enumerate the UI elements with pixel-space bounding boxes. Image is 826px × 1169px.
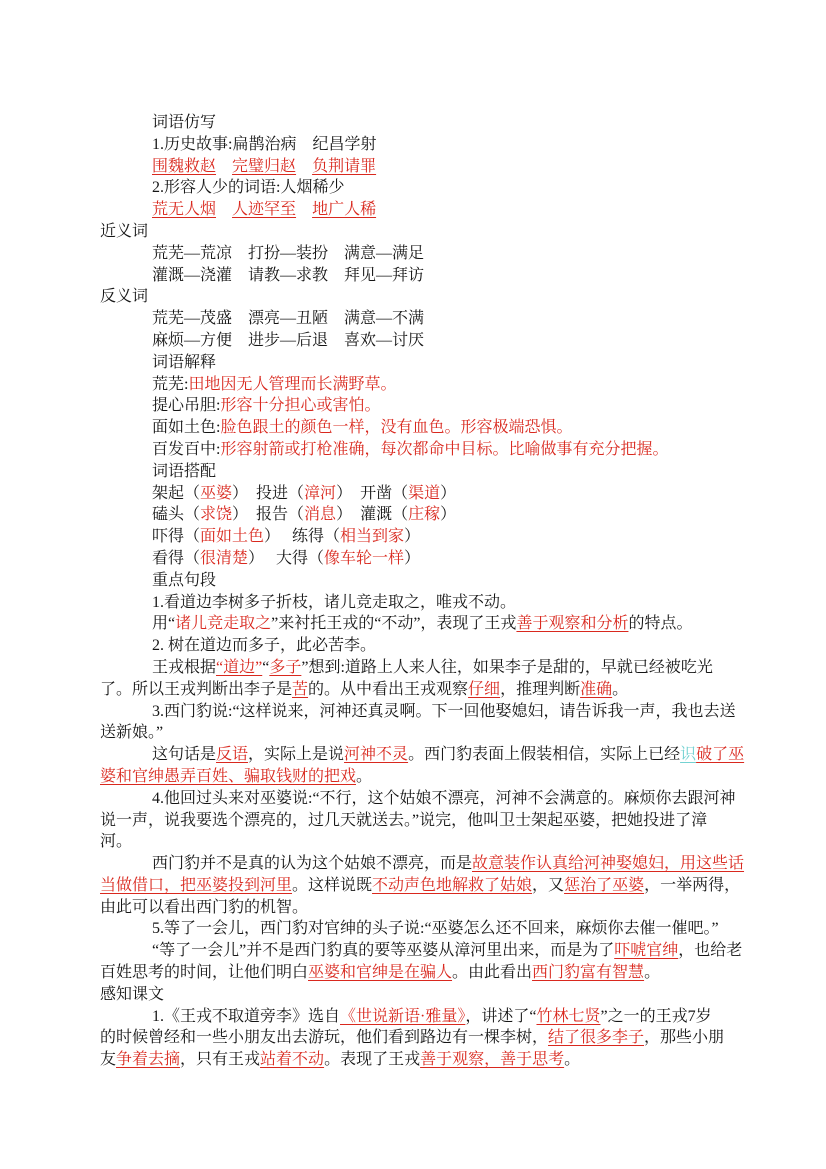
text-run: 吓得（ — [152, 528, 200, 545]
red-underline-run: 吓唬官绅 — [614, 942, 678, 959]
red-underline-run: 反语 — [216, 746, 248, 763]
text-run: “等了一会儿”并不是西门豹真的要等巫婆从漳河里出来，而是为了 — [152, 942, 614, 959]
text-line: 灌溉—浇灌 请教—求教 拜见—拜访 — [100, 265, 760, 287]
text-line: 荒芜—荒凉 打扮—装扮 满意—满足 — [100, 243, 760, 265]
text-run: 荒芜—荒凉 打扮—装扮 满意—满足 — [152, 245, 424, 262]
text-line: 1.看道边李树多子折枝，诸儿竞走取之，唯戎不动。 — [100, 592, 760, 614]
text-run: 1.《王戎不取道旁李》选自 — [152, 1008, 340, 1025]
text-run: ） 练得（ — [264, 528, 340, 545]
red-underline-run: 不动声色地解救了姑娘 — [372, 877, 532, 894]
red-underline-run: 地广人稀 — [312, 201, 376, 218]
text-run: 了。所以王戎判断出李子是 — [100, 681, 292, 698]
text-run — [296, 158, 312, 175]
text-run: ，也给老 — [678, 942, 742, 959]
red-underline-run: 结了很多李子 — [548, 1029, 644, 1046]
red-underline-run: 负荆请罪 — [312, 158, 376, 175]
text-run: 2. 树在道边而多子，此必苦李。 — [152, 637, 376, 654]
text-run: ，又 — [532, 877, 564, 894]
document-page: 词语仿写1.历史故事:扁鹊治病 纪昌学射围魏救赵 完璧归赵 负荆请罪2.形容人少… — [0, 0, 826, 1169]
red-underline-run: 仔细 — [468, 681, 500, 698]
text-run: 这句话是 — [152, 746, 216, 763]
text-run: 用“ — [152, 615, 175, 632]
text-run: ”想到:道路上人来人往，如果李子是甜的，早就已经被吃光 — [301, 659, 713, 676]
text-run: 1.历史故事:扁鹊治病 纪昌学射 — [152, 136, 376, 153]
text-line: 荒芜—茂盛 漂亮—丑陋 满意—不满 — [100, 308, 760, 330]
text-run: ，讲述了“ — [465, 1008, 536, 1025]
red-text-run: 面如土色 — [200, 528, 264, 545]
text-line: 3.西门豹说:“这样说来，河神还真灵啊。下一回他娶媳妇，请告诉我一声，我也去送 — [100, 701, 760, 723]
red-text-run: 巫婆 — [200, 485, 232, 502]
text-line: 1.《王戎不取道旁李》选自《世说新语·雅量》，讲述了“竹林七贤”之一的王戎7岁 — [100, 1006, 760, 1028]
red-underline-run: 准确 — [580, 681, 612, 698]
red-underline-run: 破了巫 — [696, 746, 744, 763]
text-run: 。这样说既 — [292, 877, 372, 894]
cyan-underline-run: 识 — [680, 746, 696, 763]
text-run: 磕头（ — [152, 506, 200, 523]
text-run: ） 大得（ — [248, 550, 324, 567]
text-run: 的时候曾经和一些小朋友出去游玩，他们看到路边有一棵李树， — [100, 1029, 548, 1046]
red-text-run: 脸色跟土的颜色一样，没有血色。形容极端恐惧。 — [220, 419, 572, 436]
text-run: 友 — [100, 1051, 116, 1068]
red-underline-run: 故意装作认真给河神娶媳妇，用这些话 — [472, 855, 744, 872]
red-text-run: 形容十分担心或害怕。 — [220, 397, 380, 414]
text-run: ） 灌溉（ — [336, 506, 408, 523]
red-underline-run: 争着去摘 — [116, 1051, 180, 1068]
red-underline-run: 荒无人烟 — [152, 201, 216, 218]
text-line: 2. 树在道边而多子，此必苦李。 — [100, 635, 760, 657]
red-underline-run: 惩治了巫婆 — [564, 877, 644, 894]
red-text-run: 漳河 — [304, 485, 336, 502]
text-run: 。 — [356, 768, 372, 785]
red-underline-run: 苦 — [292, 681, 308, 698]
text-line: 词语搭配 — [100, 461, 760, 483]
text-line: 词语解释 — [100, 352, 760, 374]
text-line: “等了一会儿”并不是西门豹真的要等巫婆从漳河里出来，而是为了吓唬官绅，也给老 — [100, 940, 760, 962]
red-underline-run: 河神不灵 — [344, 746, 408, 763]
red-underline-run: 围魏救赵 — [152, 158, 216, 175]
text-line: 荒无人烟 人迹罕至 地广人稀 — [100, 199, 760, 221]
text-run: ，实际上是说 — [248, 746, 344, 763]
text-run: 重点句段 — [152, 572, 216, 589]
text-line: 说一声，说我要选个漂亮的，过几天就送去。”说完，他叫卫士架起巫婆，把她投进了漳 — [100, 810, 760, 832]
text-run: ，那些小朋 — [644, 1029, 724, 1046]
text-line: 看得（很清楚） 大得（像车轮一样） — [100, 548, 760, 570]
text-run: ，推理判断 — [500, 681, 580, 698]
text-line: 重点句段 — [100, 570, 760, 592]
red-underline-run: 西门豹富有智慧 — [532, 964, 644, 981]
text-run — [296, 201, 312, 218]
text-run: 的。从中看出王戎观察 — [308, 681, 468, 698]
red-text-run: 形容射箭或打枪准确，每次都命中目标。比喻做事有充分把握。 — [220, 441, 668, 458]
red-underline-run: 当做借口，把巫婆投到河里 — [100, 877, 292, 894]
red-underline-run: 完璧归赵 — [232, 158, 296, 175]
text-line: 这句话是反语，实际上是说河神不灵。西门豹表面上假装相信，实际上已经识破了巫 — [100, 744, 760, 766]
text-line: 词语仿写 — [100, 112, 760, 134]
red-text-run: 诸儿竞走取之 — [175, 615, 271, 632]
text-run — [216, 201, 232, 218]
text-run: 看得（ — [152, 550, 200, 567]
text-run: 。西门豹表面上假装相信，实际上已经 — [408, 746, 680, 763]
text-line: 婆和官绅愚弄百姓、骗取钱财的把戏。 — [100, 766, 760, 788]
red-underline-run: 人迹罕至 — [232, 201, 296, 218]
red-text-run: 消息 — [304, 506, 336, 523]
text-line: 4.他回过头来对巫婆说:“不行，这个姑娘不漂亮，河神不会满意的。麻烦你去跟河神 — [100, 788, 760, 810]
text-run: ） 报告（ — [232, 506, 304, 523]
red-text-run: 渠道 — [408, 485, 440, 502]
red-underline-run: 多子 — [269, 659, 301, 676]
text-run: 由此可以看出西门豹的机智。 — [100, 899, 308, 916]
text-run: 百发百中: — [152, 441, 220, 458]
text-run: 荒芜: — [152, 376, 188, 393]
text-run: 1.看道边李树多子折枝，诸儿竞走取之，唯戎不动。 — [152, 594, 516, 611]
red-text-run: 庄稼 — [408, 506, 440, 523]
text-run: 近义词 — [100, 223, 148, 240]
text-run: ） 投进（ — [232, 485, 304, 502]
red-underline-run: 《世说新语·雅量》 — [340, 1008, 465, 1025]
text-line: 当做借口，把巫婆投到河里。这样说既不动声色地解救了姑娘，又惩治了巫婆，一举两得， — [100, 875, 760, 897]
text-line: 王戎根据“道边”“多子”想到:道路上人来人往，如果李子是甜的，早就已经被吃光 — [100, 657, 760, 679]
text-line: 河。 — [100, 831, 760, 853]
text-run: ） — [404, 528, 420, 545]
document-body: 词语仿写1.历史故事:扁鹊治病 纪昌学射围魏救赵 完璧归赵 负荆请罪2.形容人少… — [100, 112, 760, 1071]
red-underline-run: 巫婆和官绅是在骗人 — [308, 964, 452, 981]
red-underline-run: 婆和官绅愚弄百姓、骗取钱财的把戏 — [100, 768, 356, 785]
text-run: 4.他回过头来对巫婆说:“不行，这个姑娘不漂亮，河神不会满意的。麻烦你去跟河神 — [152, 790, 736, 807]
text-line: 荒芜:田地因无人管理而长满野草。 — [100, 374, 760, 396]
text-run: ） — [404, 550, 420, 567]
text-run: 麻烦—方便 进步—后退 喜欢—讨厌 — [152, 332, 424, 349]
text-run: 反义词 — [100, 288, 148, 305]
text-run: 西门豹并不是真的认为这个姑娘不漂亮，而是 — [152, 855, 472, 872]
red-text-run: 求饶 — [200, 506, 232, 523]
text-run: 2.形容人少的词语:人烟稀少 — [152, 179, 344, 196]
text-run: 。 — [564, 1051, 580, 1068]
text-run: ”之一的王戎7岁 — [600, 1008, 711, 1025]
text-run: 面如土色: — [152, 419, 220, 436]
text-line: 2.形容人少的词语:人烟稀少 — [100, 177, 760, 199]
text-line: 吓得（面如土色） 练得（相当到家） — [100, 526, 760, 548]
text-run: 。 — [612, 681, 628, 698]
red-text-run: 很清楚 — [200, 550, 248, 567]
text-run: 5.等了一会儿，西门豹对官绅的头子说:“巫婆怎么还不回来，麻烦你去催一催吧。” — [152, 920, 719, 937]
text-line: 用“诸儿竞走取之”来衬托王戎的“不动”，表现了王戎善于观察和分析的特点。 — [100, 613, 760, 635]
text-run — [216, 158, 232, 175]
text-run: 提心吊胆: — [152, 397, 220, 414]
text-run: 3.西门豹说:“这样说来，河神还真灵啊。下一回他娶媳妇，请告诉我一声，我也去送 — [152, 703, 736, 720]
text-run: 。由此看出 — [452, 964, 532, 981]
text-run: 荒芜—茂盛 漂亮—丑陋 满意—不满 — [152, 310, 424, 327]
text-run: ） 开凿（ — [336, 485, 408, 502]
text-run: 王戎根据 — [152, 659, 216, 676]
text-run: 灌溉—浇灌 请教—求教 拜见—拜访 — [152, 267, 424, 284]
text-run: 送新娘。” — [100, 724, 163, 741]
red-underline-run: 善于观察和分析 — [516, 615, 628, 632]
text-line: 5.等了一会儿，西门豹对官绅的头子说:“巫婆怎么还不回来，麻烦你去催一催吧。” — [100, 918, 760, 940]
text-run: 。 — [644, 964, 660, 981]
text-line: 的时候曾经和一些小朋友出去游玩，他们看到路边有一棵李树，结了很多李子，那些小朋 — [100, 1027, 760, 1049]
text-run: 感知课文 — [100, 986, 164, 1003]
red-text-run: 田地因无人管理而长满野草。 — [188, 376, 396, 393]
text-run: 百姓思考的时间，让他们明白 — [100, 964, 308, 981]
text-line: 面如土色:脸色跟土的颜色一样，没有血色。形容极端恐惧。 — [100, 417, 760, 439]
red-text-run: 相当到家 — [340, 528, 404, 545]
text-run: 说一声，说我要选个漂亮的，过几天就送去。”说完，他叫卫士架起巫婆，把她投进了漳 — [100, 812, 707, 829]
text-run: 词语解释 — [152, 354, 216, 371]
red-underline-run: 站着不动 — [260, 1051, 324, 1068]
text-line: 1.历史故事:扁鹊治病 纪昌学射 — [100, 134, 760, 156]
text-run: ，只有王戎 — [180, 1051, 260, 1068]
text-line: 麻烦—方便 进步—后退 喜欢—讨厌 — [100, 330, 760, 352]
text-run: 的特点。 — [628, 615, 692, 632]
text-line: 送新娘。” — [100, 722, 760, 744]
text-line: 了。所以王戎判断出李子是苦的。从中看出王戎观察仔细，推理判断准确。 — [100, 679, 760, 701]
text-line: 西门豹并不是真的认为这个姑娘不漂亮，而是故意装作认真给河神娶媳妇，用这些话 — [100, 853, 760, 875]
red-underline-run: “道边” — [216, 659, 262, 676]
text-run: ，一举两得， — [644, 877, 740, 894]
text-run: ） — [440, 485, 456, 502]
text-line: 近义词 — [100, 221, 760, 243]
text-run: ） — [440, 506, 456, 523]
text-run: 词语仿写 — [152, 114, 216, 131]
red-underline-run: 善于观察，善于思考 — [420, 1051, 564, 1068]
text-line: 磕头（求饶） 报告（消息） 灌溉（庄稼） — [100, 504, 760, 526]
text-line: 提心吊胆:形容十分担心或害怕。 — [100, 395, 760, 417]
text-line: 感知课文 — [100, 984, 760, 1006]
text-run: 。表现了王戎 — [324, 1051, 420, 1068]
text-line: 由此可以看出西门豹的机智。 — [100, 897, 760, 919]
text-run: 词语搭配 — [152, 463, 216, 480]
text-run: 河。 — [100, 833, 132, 850]
red-text-run: 像车轮一样 — [324, 550, 404, 567]
text-run: ”来衬托王戎的“不动”，表现了王戎 — [271, 615, 516, 632]
text-run: 架起（ — [152, 485, 200, 502]
red-underline-run: 竹林七贤 — [536, 1008, 600, 1025]
text-line: 友争着去摘，只有王戎站着不动。表现了王戎善于观察，善于思考。 — [100, 1049, 760, 1071]
text-line: 百姓思考的时间，让他们明白巫婆和官绅是在骗人。由此看出西门豹富有智慧。 — [100, 962, 760, 984]
text-line: 架起（巫婆） 投进（漳河） 开凿（渠道） — [100, 483, 760, 505]
text-line: 反义词 — [100, 286, 760, 308]
text-line: 百发百中:形容射箭或打枪准确，每次都命中目标。比喻做事有充分把握。 — [100, 439, 760, 461]
text-line: 围魏救赵 完璧归赵 负荆请罪 — [100, 156, 760, 178]
